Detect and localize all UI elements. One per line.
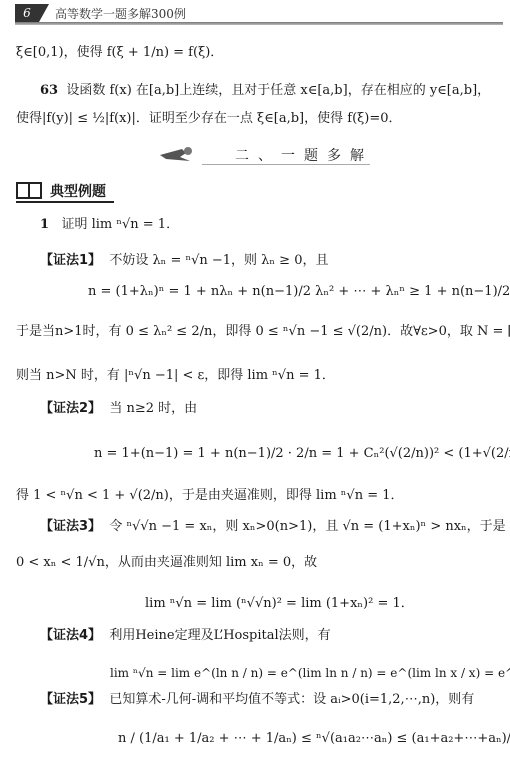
proof-5-line1: 【证法5】 已知算术-几何-调和平均值不等式：设 aᵢ>0(i=1,2,⋯,n)… [40,691,474,709]
proof-text: 当 n≥2 时，由 [109,401,197,416]
problem-63-line1: 63 设函数 f(x) 在[a,b]上连续，且对于任意 x∈[a,b]，存在相应… [40,82,490,100]
book-icon [16,182,42,199]
proof-3-line2: 0 < xₙ < 1/√n，从而由夹逼准则知 lim xₙ = 0，故 [16,554,317,572]
proof-4-equation: lim ⁿ√n = lim e^(ln n / n) = e^(lim ln n… [110,664,510,682]
running-header: 6 高等数学一题多解300例 [15,4,503,22]
proof-text: 利用Heine定理及L’Hospital法则，有 [109,628,330,643]
page-number: 6 [15,4,39,22]
proof-text: 令 ⁿ√√n −1 = xₙ，则 xₙ>0(n>1)，且 √n = (1+xₙ)… [109,519,505,534]
proof-label: 【证法5】 [40,692,101,707]
proof-2-equation: n = 1+(n−1) = 1 + n(n−1)/2 · 2/n = 1 + C… [94,445,510,463]
header-decoration [39,4,49,22]
proof-label: 【证法3】 [40,519,101,534]
proof-label: 【证法4】 [40,628,101,643]
proof-label: 【证法2】 [40,401,101,416]
problem-number: 63 [40,83,58,98]
header-rule [15,22,503,25]
problem-63-line2: 使得|f(y)| ≤ ½|f(x)|．证明至少存在一点 ξ∈[a,b]，使得 f… [16,110,402,128]
proof-2-line2: 得 1 < ⁿ√n < 1 + √(2/n)，于是由夹逼准则，即得 lim ⁿ√… [16,487,404,505]
proof-1-line2: 于是当n>1时，有 0 ≤ λₙ² ≤ 2/n，即得 0 ≤ ⁿ√n −1 ≤ … [16,323,510,341]
section-title: 二、一题多解 [235,145,373,165]
problem-number: 1 [40,217,49,232]
proof-1-line3: 则当 n>N 时，有 |ⁿ√n −1| < ε，即得 lim ⁿ√n = 1． [16,367,335,385]
proof-1-line1: 【证法1】 不妨设 λₙ = ⁿ√n −1，则 λₙ ≥ 0，且 [40,252,328,270]
text-line: ξ∈[0,1)，使得 f(ξ + 1/n) = f(ξ)． [16,44,223,62]
proof-1-equation: n = (1+λₙ)ⁿ = 1 + nλₙ + n(n−1)/2 λₙ² + ⋯… [88,283,510,301]
proof-text: 已知算术-几何-调和平均值不等式：设 aᵢ>0(i=1,2,⋯,n)，则有 [109,692,474,707]
proof-2-line1: 【证法2】 当 n≥2 时，由 [40,400,197,418]
proof-text: 不妨设 λₙ = ⁿ√n −1，则 λₙ ≥ 0，且 [109,253,328,268]
writing-hand-icon [160,145,200,163]
proof-3-line1: 【证法3】 令 ⁿ√√n −1 = xₙ，则 xₙ>0(n>1)，且 √n = … [40,518,506,536]
section-heading: 二、一题多解 [160,143,370,165]
proof-label: 【证法1】 [40,253,101,268]
example-title: 典型例题 [50,181,106,201]
book-title: 高等数学一题多解300例 [55,5,186,22]
section-rule [202,164,370,165]
proof-3-equation: lim ⁿ√n = lim (ⁿ√√n)² = lim (1+xₙ)² = 1． [145,595,414,613]
example-header: 典型例题 [16,180,116,202]
problem-text: 设函数 f(x) 在[a,b]上连续，且对于任意 x∈[a,b]，存在相应的 y… [66,83,490,98]
proof-4-line1: 【证法4】 利用Heine定理及L’Hospital法则，有 [40,627,331,645]
proof-5-equation: n / (1/a₁ + 1/a₂ + ⋯ + 1/aₙ) ≤ ⁿ√(a₁a₂⋯a… [118,730,510,748]
example-underline [16,201,114,203]
problem-statement: 证明 lim ⁿ√n = 1． [61,217,179,232]
problem-1: 1 证明 lim ⁿ√n = 1． [40,216,179,234]
